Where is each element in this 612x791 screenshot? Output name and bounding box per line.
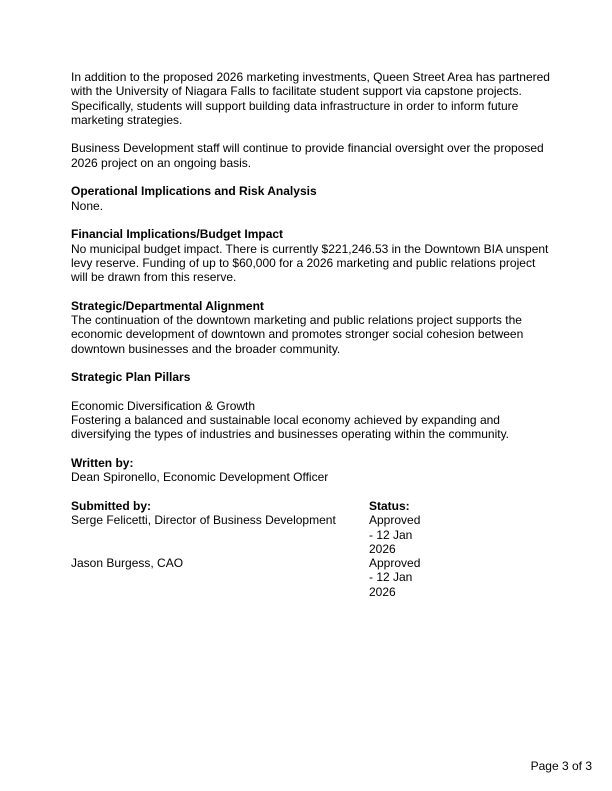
- financial-section: Financial Implications/Budget Impact No …: [71, 227, 551, 284]
- approval-status: Approved - 12 Jan 2026: [369, 513, 427, 556]
- intro-paragraph-1: In addition to the proposed 2026 marketi…: [71, 70, 551, 127]
- page-number: Page 3 of 3: [531, 759, 592, 773]
- pillars-heading: Strategic Plan Pillars: [71, 370, 551, 384]
- strategic-alignment-section: Strategic/Departmental Alignment The con…: [71, 299, 551, 356]
- pillars-section: Strategic Plan Pillars Economic Diversif…: [71, 370, 551, 441]
- financial-heading: Financial Implications/Budget Impact: [71, 227, 551, 241]
- approver-name: Jason Burgess, CAO: [71, 556, 369, 599]
- approval-status: Approved - 12 Jan 2026: [369, 556, 427, 599]
- operational-heading: Operational Implications and Risk Analys…: [71, 184, 551, 198]
- written-by-label: Written by:: [71, 456, 551, 470]
- status-label: Status:: [369, 499, 427, 513]
- approvals-table: Submitted by: Status: Serge Felicetti, D…: [71, 499, 551, 599]
- written-by-section: Written by: Dean Spironello, Economic De…: [71, 456, 551, 485]
- submitted-by-label: Submitted by:: [71, 499, 369, 513]
- pillar-body: Fostering a balanced and sustainable loc…: [71, 413, 551, 442]
- approver-name: Serge Felicetti, Director of Business De…: [71, 513, 369, 556]
- intro-paragraph-2: Business Development staff will continue…: [71, 141, 551, 170]
- financial-body: No municipal budget impact. There is cur…: [71, 242, 551, 285]
- strategic-alignment-heading: Strategic/Departmental Alignment: [71, 299, 551, 313]
- strategic-alignment-body: The continuation of the downtown marketi…: [71, 313, 551, 356]
- operational-body: None.: [71, 199, 551, 213]
- document-page: In addition to the proposed 2026 marketi…: [71, 70, 551, 599]
- written-by-name: Dean Spironello, Economic Development Of…: [71, 470, 551, 484]
- operational-section: Operational Implications and Risk Analys…: [71, 184, 551, 213]
- pillar-title: Economic Diversification & Growth: [71, 399, 551, 413]
